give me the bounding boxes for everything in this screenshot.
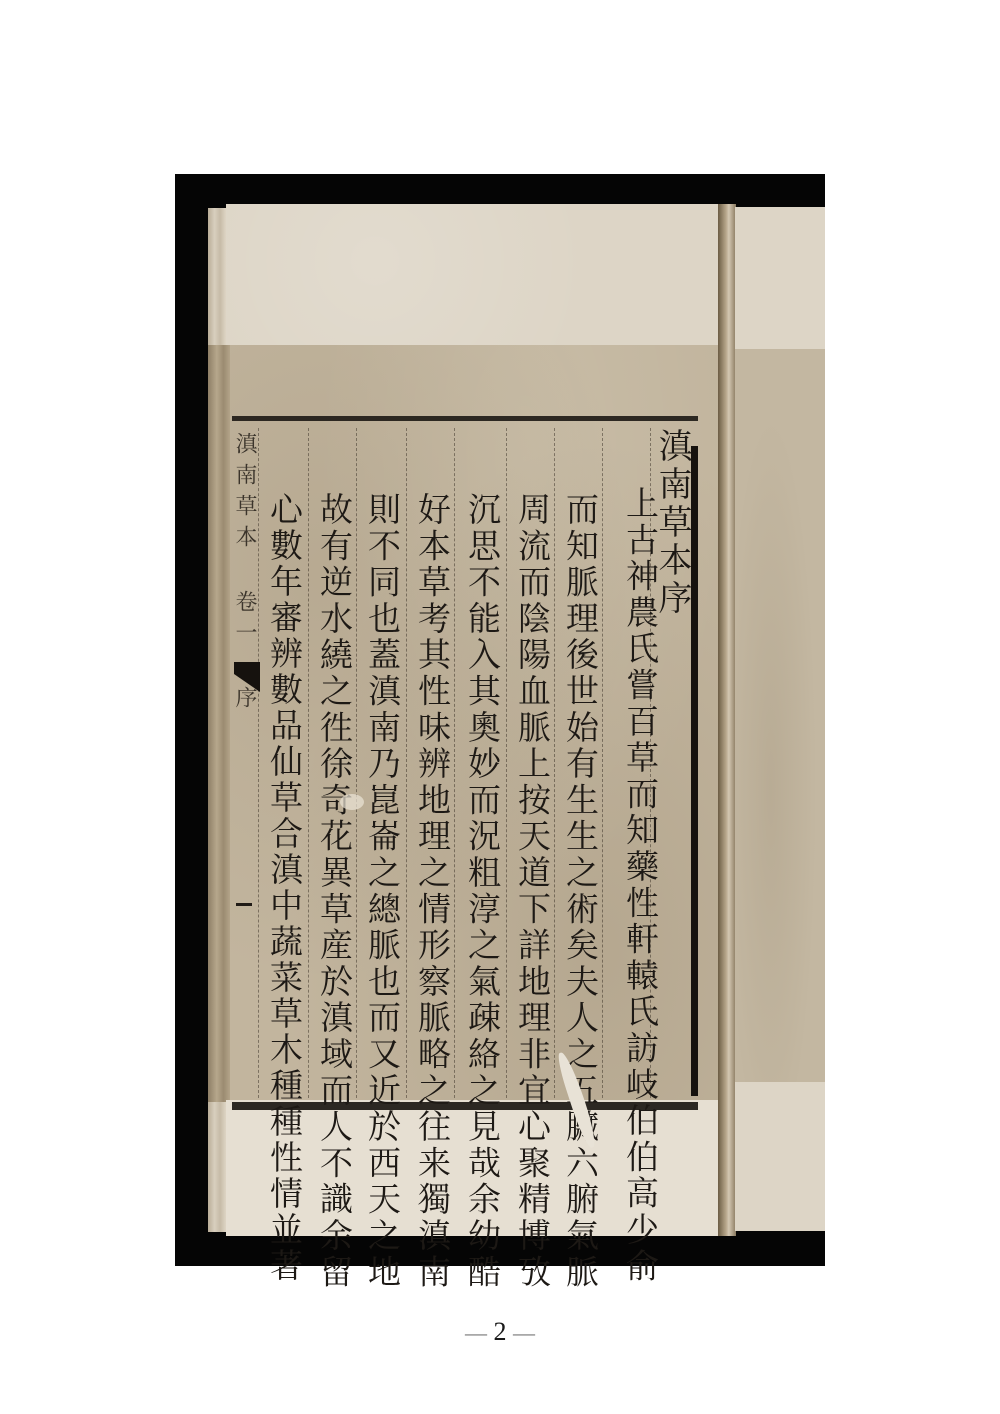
text-column-2: 而知脈理後世始有生生之術矣夫人之五臟六腑氣脈 <box>560 492 600 1291</box>
leaf-number-mark <box>236 903 252 906</box>
text-column-8: 心數年審辨數品仙草合滇中蔬菜草木種種性情並著 <box>264 492 304 1284</box>
text-column-5: 好本草考其性味辨地理之情形察脈略之往来獨滇南 <box>412 492 452 1291</box>
text-column-4: 沉思不能入其奧妙而況粗淳之氣疎絡之見哉余幼酷 <box>462 492 502 1291</box>
frame-border-right <box>691 446 698 1096</box>
column-rule <box>506 428 507 1098</box>
page-number-dash-right: — <box>513 1320 535 1345</box>
book-gutter <box>718 204 736 1236</box>
page-number-dash-left: — <box>465 1320 487 1345</box>
frame-border-top <box>232 416 698 421</box>
column-rule <box>406 428 407 1098</box>
page-number: — 2 — <box>0 1317 1000 1347</box>
text-column-3: 周流而陰陽血脈上按天道下詳地理非宜心聚精博攷 <box>512 492 552 1291</box>
column-rule <box>454 428 455 1098</box>
right-page-leaf <box>735 349 825 1082</box>
column-rule <box>258 428 259 1098</box>
paper-damage-mark <box>340 794 364 810</box>
cream-lining-top <box>226 204 723 346</box>
column-rule <box>356 428 357 1098</box>
leaf-stack-edge <box>208 345 230 1102</box>
column-rule <box>602 428 603 1098</box>
text-column-6: 則不同也蓋滇南乃崑崙之總脈也而又近於西天之地 <box>362 492 402 1291</box>
text-column-1: 上古神農氏嘗百草而知藥性軒轅氏訪岐伯伯高少俞 <box>620 486 660 1285</box>
page-number-value: 2 <box>494 1317 507 1346</box>
text-column-7: 故有逆水繞之徃徐奇花異草産於滇域而人不識余留 <box>314 492 354 1291</box>
printed-text-block: 滇南草本序 上古神農氏嘗百草而知藥性軒轅氏訪岐伯伯高少俞 而知脈理後世始有生生之… <box>232 416 698 1110</box>
column-rule <box>308 428 309 1098</box>
column-rule <box>554 428 555 1098</box>
